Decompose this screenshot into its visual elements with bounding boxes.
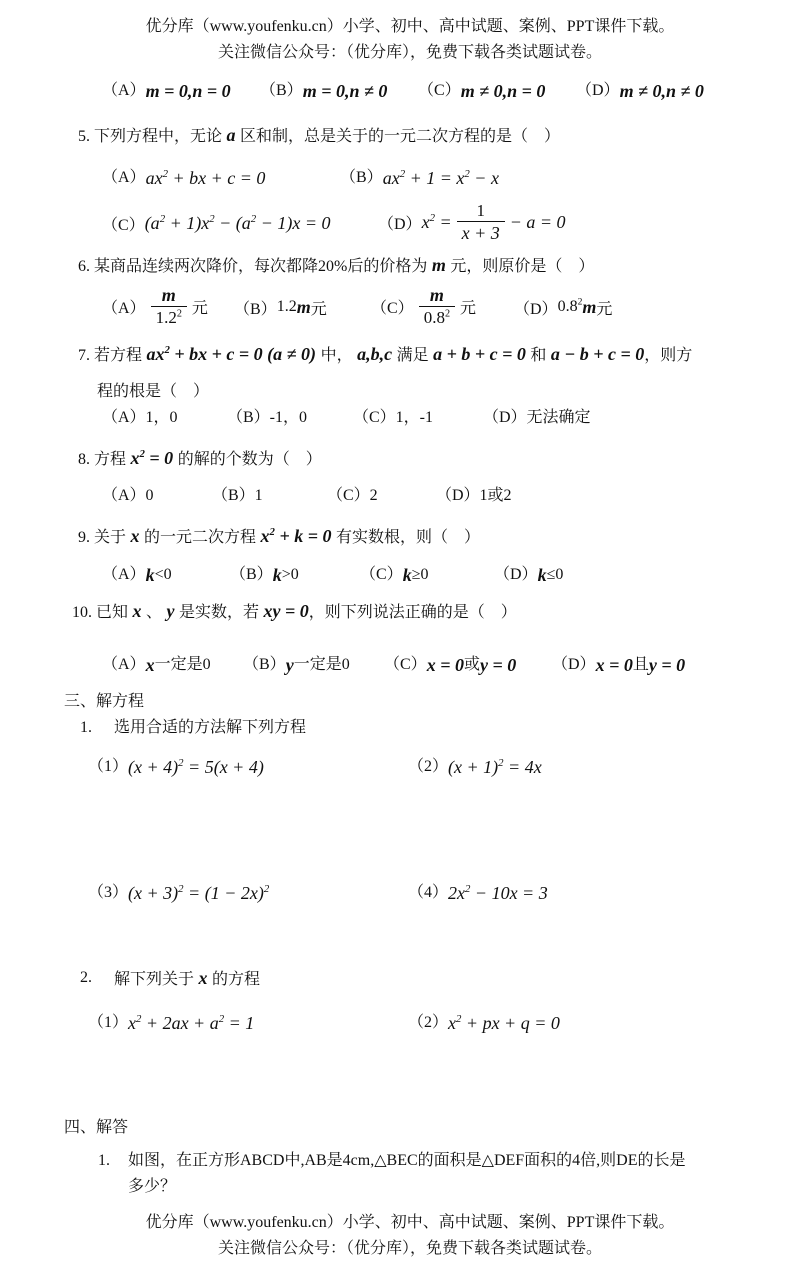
q4-option-a: （A）m = 0,n = 0 xyxy=(102,80,260,102)
question-8-stem: 8. 方程 x2 = 0 的解的个数为（ ） xyxy=(78,444,780,474)
footer-line-1: 优分库（www.youfenku.cn）小学、初中、高中试题、案例、PPT课件下… xyxy=(40,1210,780,1236)
section-3-item-2: 2. 解下列关于 x 的方程 xyxy=(80,966,780,992)
question-5-stem: 5. 下列方程中，无论 a 区和制，总是关于的一元二次方程的是（ ） xyxy=(78,122,780,150)
equation-4: （4）2x2 − 10x = 3 xyxy=(408,878,548,908)
q6-option-a: （A）m1.22元 xyxy=(102,285,234,328)
fraction: 1x + 3 xyxy=(457,201,505,244)
equations-row-2: （3）(x + 3)2 = (1 − 2x)2 （4）2x2 − 10x = 3 xyxy=(88,878,780,908)
question-9-options: （A）k <0 （B）k >0 （C）k ≥0 （D）k ≤0 xyxy=(102,562,780,588)
item-number: 2. xyxy=(80,966,114,992)
section-3-item-1: 1. 选用合适的方法解下列方程 xyxy=(80,716,780,740)
q6-option-c: （C）m0.82元 xyxy=(371,285,514,328)
question-7-options: （A）1，0 （B）-1，0 （C）1，-1 （D）无法确定 xyxy=(102,406,780,430)
q9-option-a: （A）k <0 xyxy=(102,562,230,588)
equations-row-3: （1）x2 + 2ax + a2 = 1 （2）x2 + px + q = 0 xyxy=(88,1008,780,1038)
question-6-stem: 6. 某商品连续两次降价，每次都降20%后的价格为 m 元，则原价是（ ） xyxy=(78,252,780,280)
question-5-options-row-2: （C）(a2 + 1)x2 − (a2 − 1)x = 0 （D）x2 = 1x… xyxy=(102,196,780,250)
q10-option-a: （A）x一定是0 xyxy=(102,652,243,678)
question-7-stem-line-2: 程的根是（ ） xyxy=(97,380,780,404)
q5-option-c: （C）(a2 + 1)x2 − (a2 − 1)x = 0 xyxy=(102,212,378,235)
worksheet-page: 优分库（www.youfenku.cn）小学、初中、高中试题、案例、PPT课件下… xyxy=(0,0,800,1262)
question-8-options: （A）0 （B）1 （C）2 （D）1或2 xyxy=(102,484,780,508)
q4-option-c: （C）m ≠ 0,n = 0 xyxy=(418,80,576,102)
question-6-options: （A）m1.22元 （B）1.2 m 元 （C）m0.82元 （D）0.82 m… xyxy=(102,280,780,334)
fraction: m1.22 xyxy=(151,285,187,328)
item-text: 解下列关于 x 的方程 xyxy=(114,966,260,992)
item-text: 选用合适的方法解下列方程 xyxy=(114,716,306,740)
section-3-title: 三、解方程 xyxy=(64,690,780,714)
q8-option-a: （A）0 xyxy=(102,484,212,508)
q10-option-c: （C）x = 0或y = 0 xyxy=(384,652,552,678)
fraction: m0.82 xyxy=(419,285,455,328)
section-4-title: 四、解答 xyxy=(64,1116,780,1140)
q8-option-d: （D）1或2 xyxy=(436,484,512,508)
question-7-stem-line-1: 7. 若方程 ax2 + bx + c = 0 (a ≠ 0) 中， a,b,c… xyxy=(78,340,780,370)
q10-option-d: （D）x = 0且y = 0 xyxy=(552,652,685,678)
q8-option-c: （C）2 xyxy=(327,484,436,508)
q5-option-a: （A）ax2 + bx + c = 0 xyxy=(102,164,340,192)
equation-1: （1）(x + 4)2 = 5(x + 4) xyxy=(88,752,408,782)
q7-option-b: （B）-1，0 xyxy=(227,406,353,430)
item-text-line-2: 多少？ xyxy=(128,1174,686,1200)
footer-line-2: 关注微信公众号：（优分库），免费下载各类试题试卷。 xyxy=(40,1236,780,1262)
equation-6: （2）x2 + px + q = 0 xyxy=(408,1008,560,1038)
q7-option-a: （A）1，0 xyxy=(102,406,227,430)
equations-row-1: （1）(x + 4)2 = 5(x + 4) （2）(x + 1)2 = 4x xyxy=(88,752,780,782)
q6-option-d: （D）0.82 m 元 xyxy=(514,296,612,319)
section-4-item-1: 1. 如图，在正方形ABCD中,AB是4cm,△BEC的面积是△DEF面积的4倍… xyxy=(98,1148,780,1200)
q8-option-b: （B）1 xyxy=(212,484,327,508)
equation-5: （1）x2 + 2ax + a2 = 1 xyxy=(88,1008,408,1038)
q9-option-d: （D）k ≤0 xyxy=(494,562,563,588)
q9-option-c: （C）k ≥0 xyxy=(360,562,494,588)
header-line-2: 关注微信公众号：（优分库），免费下载各类试题试卷。 xyxy=(40,40,780,66)
question-10-options: （A）x一定是0 （B）y一定是0 （C）x = 0或y = 0 （D）x = … xyxy=(102,652,780,678)
page-footer: 优分库（www.youfenku.cn）小学、初中、高中试题、案例、PPT课件下… xyxy=(40,1210,780,1262)
header-line-1: 优分库（www.youfenku.cn）小学、初中、高中试题、案例、PPT课件下… xyxy=(40,14,780,40)
q4-option-d: （D）m ≠ 0,n ≠ 0 xyxy=(576,80,704,102)
q6-option-b: （B）1.2 m 元 xyxy=(234,296,371,319)
equation-3: （3）(x + 3)2 = (1 − 2x)2 xyxy=(88,878,408,908)
equation-2: （2）(x + 1)2 = 4x xyxy=(408,752,542,782)
q7-option-c: （C）1，-1 xyxy=(353,406,483,430)
q5-option-d: （D）x2 = 1x + 3 − a = 0 xyxy=(378,201,566,244)
item-number: 1. xyxy=(98,1148,128,1200)
item-text-line-1: 如图，在正方形ABCD中,AB是4cm,△BEC的面积是△DEF面积的4倍,则D… xyxy=(128,1148,686,1174)
q7-option-d: （D）无法确定 xyxy=(483,406,591,430)
item-text: 如图，在正方形ABCD中,AB是4cm,△BEC的面积是△DEF面积的4倍,则D… xyxy=(128,1148,686,1200)
q5-option-b: （B）ax2 + 1 = x2 − x xyxy=(340,164,499,192)
question-9-stem: 9. 关于 x 的一元二次方程 x2 + k = 0 有实数根，则（ ） xyxy=(78,522,780,552)
q9-option-b: （B）k >0 xyxy=(230,562,360,588)
question-4-options: （A）m = 0,n = 0 （B）m = 0,n ≠ 0 （C）m ≠ 0,n… xyxy=(102,80,780,102)
q4-option-b: （B）m = 0,n ≠ 0 xyxy=(260,80,418,102)
page-header: 优分库（www.youfenku.cn）小学、初中、高中试题、案例、PPT课件下… xyxy=(40,14,780,66)
question-5-options-row-1: （A）ax2 + bx + c = 0 （B）ax2 + 1 = x2 − x xyxy=(102,164,780,192)
item-number: 1. xyxy=(80,716,114,740)
question-10-stem: 10. 已知 x 、 y 是实数，若 xy = 0，则下列说法正确的是（ ） xyxy=(72,598,780,626)
q10-option-b: （B）y一定是0 xyxy=(243,652,384,678)
